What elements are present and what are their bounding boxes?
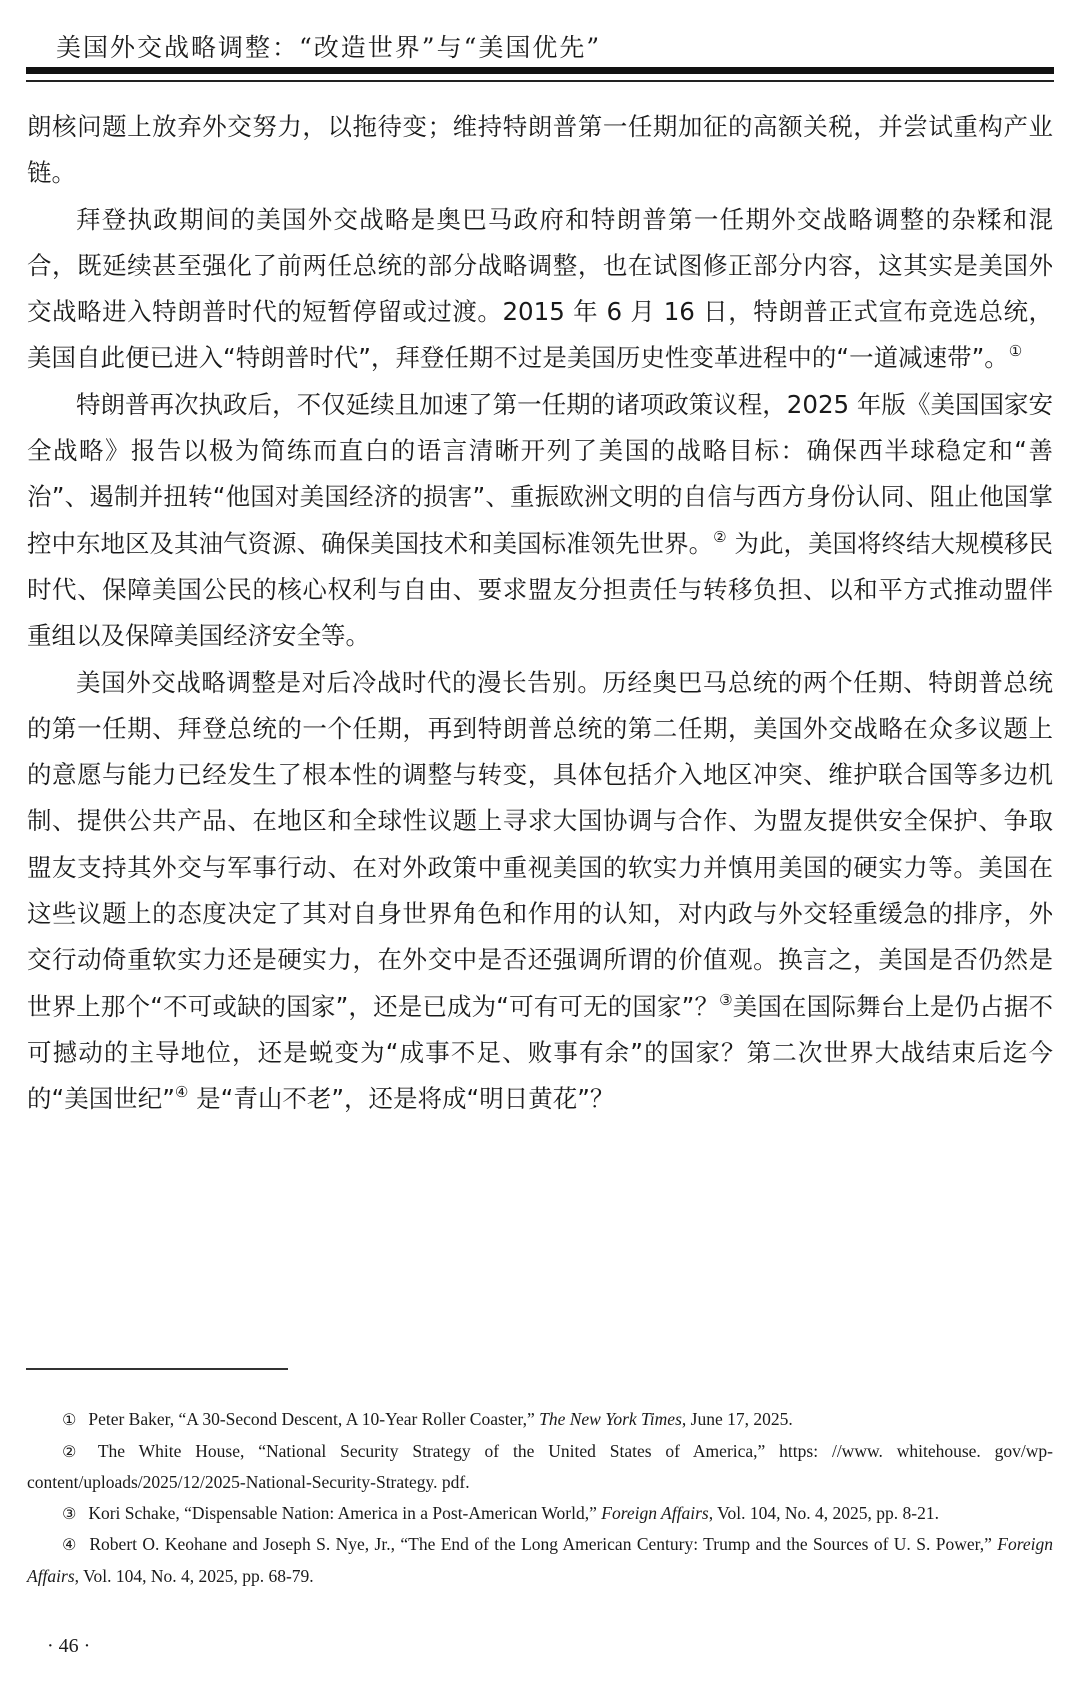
footnote-ref-4[interactable]: ④: [175, 1083, 188, 1101]
footnote-ref-3[interactable]: ③: [719, 991, 733, 1009]
paragraph-text: 拜登执政期间的美国外交战略是奥巴马政府和特朗普第一任期外交战略调整的杂糅和混合，…: [27, 205, 1053, 373]
footnote-text: Robert O. Keohane and Joseph S. Nye, Jr.…: [89, 1534, 997, 1554]
footnote-ref-1[interactable]: ①: [1009, 342, 1022, 360]
footnote-number: ③: [62, 1504, 76, 1523]
paragraph-3: 特朗普再次执政后，不仅延续且加速了第一任期的诸项政策议程，2025 年版《美国国…: [27, 382, 1053, 660]
paragraph-text: 是“青山不老”，还是将成“明日黄花”？: [188, 1084, 614, 1113]
footnote-text: , June 17, 2025.: [682, 1409, 793, 1429]
footnotes: ①Peter Baker, “A 30-Second Descent, A 10…: [27, 1404, 1053, 1591]
header-rule-thick: [26, 67, 1054, 74]
page-number: · 46 ·: [47, 1635, 90, 1658]
footnote-number: ①: [62, 1410, 76, 1429]
footnote-source-title: The New York Times: [539, 1409, 682, 1429]
footnote-ref-2[interactable]: ②: [713, 528, 726, 546]
footnote-text: , Vol. 104, No. 4, 2025, pp. 68-79.: [75, 1566, 314, 1586]
paragraph-text: 朗核问题上放弃外交努力，以拖待变；维持特朗普第一任期加征的高额关税，并尝试重构产…: [27, 112, 1053, 187]
footnote-number: ④: [62, 1535, 77, 1554]
footnote-separator: [26, 1368, 288, 1370]
body-text: 朗核问题上放弃外交努力，以拖待变；维持特朗普第一任期加征的高额关税，并尝试重构产…: [27, 104, 1053, 1123]
footnote-text: Peter Baker, “A 30-Second Descent, A 10-…: [88, 1409, 539, 1429]
document-page: 美国外交战略调整：“改造世界”与“美国优先” 朗核问题上放弃外交努力，以拖待变；…: [0, 0, 1080, 1689]
paragraph-text: 美国外交战略调整是对后冷战时代的漫长告别。历经奥巴马总统的两个任期、特朗普总统的…: [27, 668, 1053, 1021]
footnote-4: ④Robert O. Keohane and Joseph S. Nye, Jr…: [27, 1529, 1053, 1591]
footnote-2: ②The White House, “National Security Str…: [27, 1436, 1053, 1498]
footnote-number: ②: [62, 1442, 86, 1461]
footnote-1: ①Peter Baker, “A 30-Second Descent, A 10…: [27, 1404, 1053, 1436]
footnote-text: Kori Schake, “Dispensable Nation: Americ…: [88, 1503, 601, 1523]
paragraph-4: 美国外交战略调整是对后冷战时代的漫长告别。历经奥巴马总统的两个任期、特朗普总统的…: [27, 660, 1053, 1123]
paragraph-2: 拜登执政期间的美国外交战略是奥巴马政府和特朗普第一任期外交战略调整的杂糅和混合，…: [27, 197, 1053, 382]
footnote-3: ③Kori Schake, “Dispensable Nation: Ameri…: [27, 1498, 1053, 1530]
footnote-source-title: Foreign Affairs: [601, 1503, 708, 1523]
running-head: 美国外交战略调整：“改造世界”与“美国优先”: [56, 28, 601, 64]
footnote-link-text[interactable]: The White House, “National Security Stra…: [27, 1441, 1053, 1493]
header-rule-thin: [26, 80, 1054, 82]
paragraph-1: 朗核问题上放弃外交努力，以拖待变；维持特朗普第一任期加征的高额关税，并尝试重构产…: [27, 104, 1053, 197]
footnote-text: , Vol. 104, No. 4, 2025, pp. 8-21.: [709, 1503, 939, 1523]
